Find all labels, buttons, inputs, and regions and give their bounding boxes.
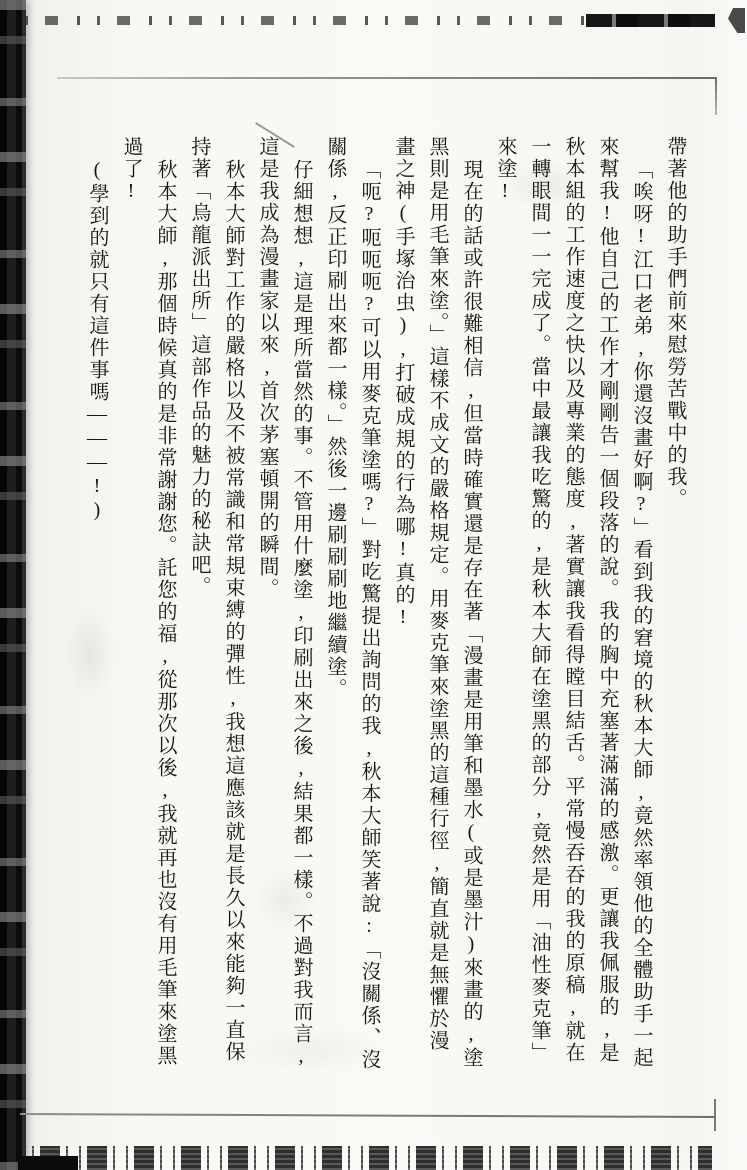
text-column-13: 這是我成為漫畫家以來,首次茅塞頓開的瞬間。 [250, 136, 284, 1062]
text-column-6: 來塗! [488, 136, 522, 1062]
text-column-7: 現在的話或許很難相信,但當時確實還是存在著「漫畫是用筆和墨水(或是墨汁)來畫的,… [454, 136, 488, 1085]
scanned-page: 帶著他的助手們前來慰勞苦戰中的我。 「唉呀!江口老弟,你還沒畫好啊?」看到我的窘… [0, 0, 747, 1170]
text-column-18: (學到的就只有這件事嗎———!) [80, 136, 114, 1085]
text-column-12: 仔細想想,這是理所當然的事。不管用什麼塗,印刷出來之後,結果都一樣。不過對我而言… [284, 136, 318, 1085]
book-binding-edge [0, 0, 26, 1170]
text-column-2: 「唉呀!江口老弟,你還沒畫好啊?」看到我的窘境的秋本大師,竟然率領他的全體助手一… [624, 136, 658, 1085]
text-column-4: 秋本組的工作速度之快以及專業的態度,著實讓我看得瞠目結舌。平常慢吞吞的我的原稿,… [556, 136, 590, 1062]
text-column-11: 關係,反正印刷出來都一樣。」然後一邊刷刷刷地繼續塗。 [318, 136, 352, 1062]
scan-corner-mark [728, 8, 745, 33]
text-column-3: 來幫我!他自己的工作才剛剛告一個段落的說。我的胸中充塞著滿滿的感激。更讓我佩服的… [590, 136, 624, 1062]
bottom-left-ink-blob [18, 1156, 78, 1170]
text-column-17: 過了! [114, 136, 148, 1062]
text-column-9: 畫之神(手塚治虫),打破成規的行為哪!真的! [386, 136, 420, 1062]
text-column-1: 帶著他的助手們前來慰勞苦戰中的我。 [658, 136, 692, 1062]
afterword-text-block: 帶著他的助手們前來慰勞苦戰中的我。 「唉呀!江口老弟,你還沒畫好啊?」看到我的窘… [80, 136, 692, 1076]
text-column-8: 黑則是用毛筆來塗。」這樣不成文的嚴格規定。用麥克筆來塗黑的這種行徑,簡直就是無懼… [420, 136, 454, 1062]
text-column-10: 「呃?呃呃呃?可以用麥克筆塗嗎?」對吃驚提出詢問的我,秋本大師笑著說:「沒關係、… [352, 136, 386, 1085]
footer-rule-end-tick [714, 1099, 716, 1131]
text-column-5: 一轉眼間一一完成了。當中最讓我吃驚的,是秋本大師在塗黑的部分,竟然是用「油性麥克… [522, 136, 556, 1062]
header-rule-end-tick [715, 77, 717, 115]
header-rule [57, 77, 717, 79]
scan-edge-marks-top-dark [586, 14, 715, 27]
film-frame-marks [28, 1146, 712, 1170]
text-column-16: 秋本大師,那個時候真的是非常謝謝您。託您的福,從那次以後,我就再也沒有用毛筆來塗… [148, 136, 182, 1085]
text-column-15: 持著「烏龍派出所」這部作品的魅力的秘訣吧。 [182, 136, 216, 1062]
text-column-14: 秋本大師對工作的嚴格以及不被常識和常規束縛的彈性,我想這應該就是長久以來能夠一直… [216, 136, 250, 1085]
footer-rule [20, 1113, 716, 1118]
